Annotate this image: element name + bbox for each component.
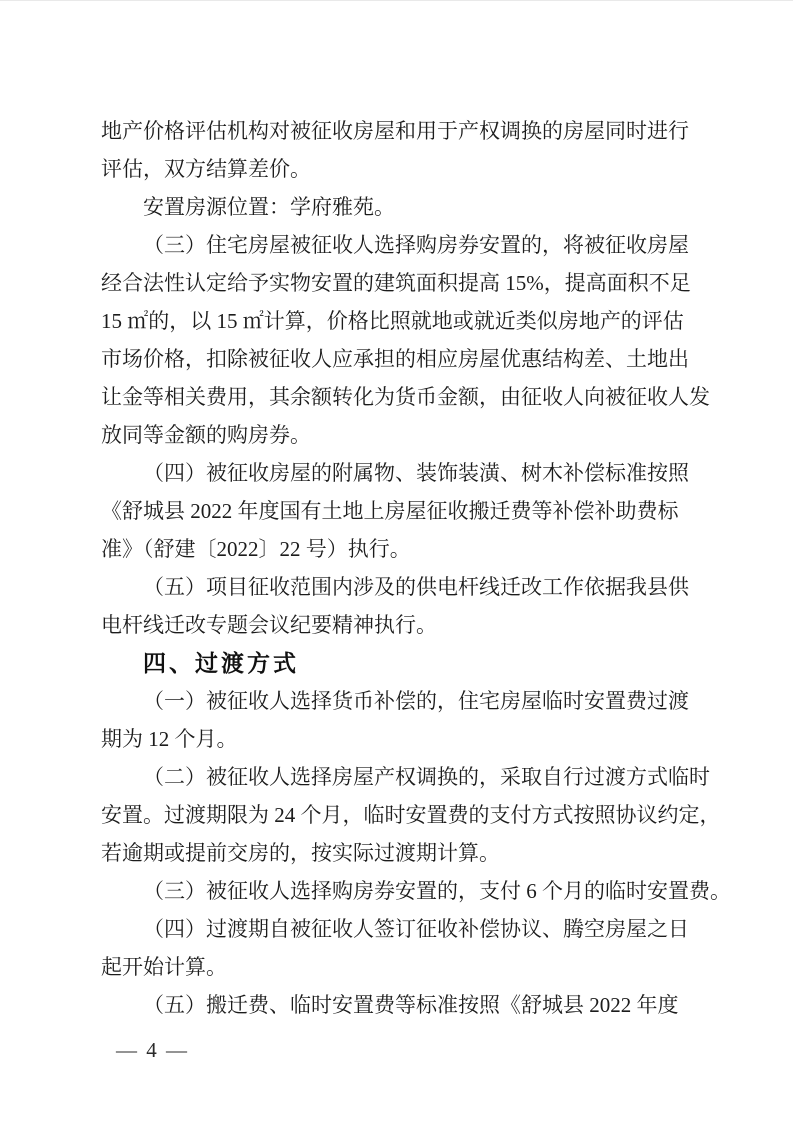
text-line: 《舒城县 2022 年度国有土地上房屋征收搬迁费等补偿补助费标 [101, 492, 713, 530]
text-line: 让金等相关费用，其余额转化为货币金额，由征收人向被征收人发 [101, 378, 713, 416]
text-line: （四）被征收房屋的附属物、装饰装潢、树木补偿标准按照 [101, 454, 713, 492]
text-line: （五）搬迁费、临时安置费等标准按照《舒城县 2022 年度 [101, 986, 713, 1024]
text-line: 地产价格评估机构对被征收房屋和用于产权调换的房屋同时进行 [101, 112, 713, 150]
text-line: 15 ㎡的，以 15 ㎡计算，价格比照就地或就近类似房地产的评估 [101, 302, 713, 340]
text-line: 起开始计算。 [101, 948, 713, 986]
text-line: （五）项目征收范围内涉及的供电杆线迁改工作依据我县供 [101, 568, 713, 606]
document-body-text: 地产价格评估机构对被征收房屋和用于产权调换的房屋同时进行 评估，双方结算差价。 … [101, 112, 713, 1024]
text-line: （二）被征收人选择房屋产权调换的，采取自行过渡方式临时 [101, 758, 713, 796]
text-line: 经合法性认定给予实物安置的建筑面积提高 15%，提高面积不足 [101, 264, 713, 302]
text-line: 市场价格，扣除被征收人应承担的相应房屋优惠结构差、土地出 [101, 340, 713, 378]
text-line: 若逾期或提前交房的，按实际过渡期计算。 [101, 834, 713, 872]
section-heading-transition-method: 四、过渡方式 [101, 644, 713, 682]
text-line: 准》（舒建〔2022〕22 号）执行。 [101, 530, 713, 568]
text-line: 安置。过渡期限为 24 个月，临时安置费的支付方式按照协议约定， [101, 796, 713, 834]
text-line: （四）过渡期自被征收人签订征收补偿协议、腾空房屋之日 [101, 910, 713, 948]
text-line: （三）被征收人选择购房券安置的，支付 6 个月的临时安置费。 [101, 872, 713, 910]
text-line: 评估，双方结算差价。 [101, 150, 713, 188]
text-line: 期为 12 个月。 [101, 720, 713, 758]
text-line: 放同等金额的购房券。 [101, 416, 713, 454]
text-line: 电杆线迁改专题会议纪要精神执行。 [101, 606, 713, 644]
document-page: 地产价格评估机构对被征收房屋和用于产权调换的房屋同时进行 评估，双方结算差价。 … [0, 0, 793, 1122]
scan-edge-artifact [0, 0, 793, 1]
page-number: — 4 — [116, 1038, 189, 1062]
text-line: （三）住宅房屋被征收人选择购房券安置的，将被征收房屋 [101, 226, 713, 264]
text-line: 安置房源位置：学府雅苑。 [101, 188, 713, 226]
text-line: （一）被征收人选择货币补偿的，住宅房屋临时安置费过渡 [101, 682, 713, 720]
